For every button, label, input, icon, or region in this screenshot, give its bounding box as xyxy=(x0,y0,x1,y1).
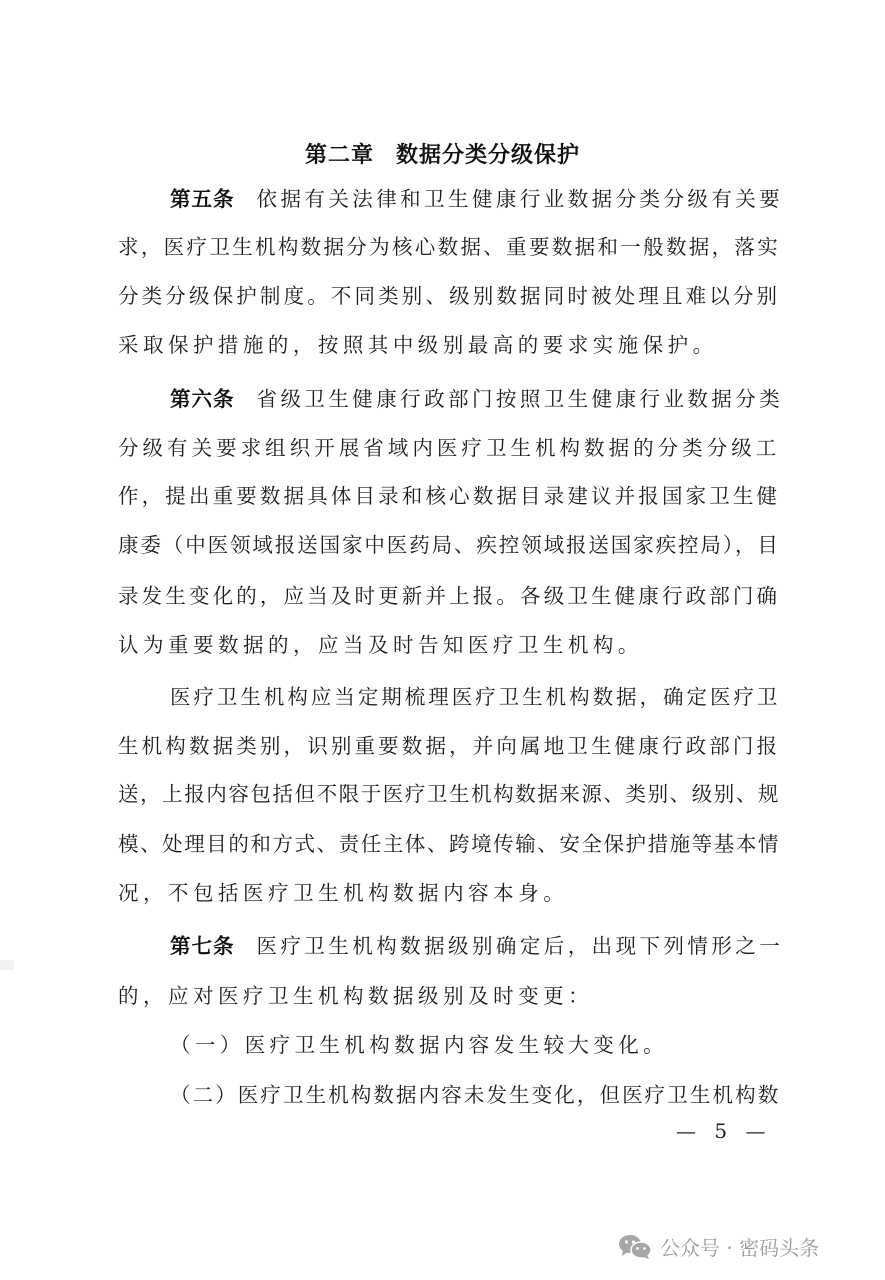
line-text: 的，应对医疗卫生机构数据级别及时变更： xyxy=(118,984,593,1008)
line-text: 模、处理目的和方式、责任主体、跨境传输、安全保护措施等基本情 xyxy=(118,832,780,856)
document-page: 第二章数据分类分级保护 第五条依据有关法律和卫生健康行业数据分类分级有关要求，医… xyxy=(0,0,885,1280)
body-text-line: 康委（中医领域报送国家中医药局、疾控领域报送国家疾控局），目 xyxy=(118,530,778,560)
body-text-line: 送，上报内容包括但不限于医疗卫生机构数据来源、类别、级别、规 xyxy=(118,779,778,809)
body-text-line: 医疗卫生机构应当定期梳理医疗卫生机构数据，确定医疗卫 xyxy=(170,682,780,712)
line-text: 况，不包括医疗卫生机构数据内容本身。 xyxy=(118,881,568,905)
body-text-line: 的，应对医疗卫生机构数据级别及时变更： xyxy=(118,981,778,1011)
watermark: 公众号 · 密码头条 xyxy=(618,1232,819,1261)
line-text: 生机构数据类别，识别重要数据，并向属地卫生健康行政部门报 xyxy=(118,734,780,758)
article-number: 第五条 xyxy=(170,187,235,211)
wechat-icon xyxy=(618,1234,652,1260)
body-text-line: 况，不包括医疗卫生机构数据内容本身。 xyxy=(118,878,778,908)
body-text-line: 录发生变化的，应当及时更新并上报。各级卫生健康行政部门确 xyxy=(118,581,778,611)
line-text: 分级有关要求组织开展省域内医疗卫生机构数据的分类分级工 xyxy=(118,436,780,460)
line-text: 省级卫生健康行政部门按照卫生健康行业数据分类 xyxy=(257,387,784,411)
article-first-line: 第六条省级卫生健康行政部门按照卫生健康行业数据分类 xyxy=(170,384,780,414)
line-text: （一）医疗卫生机构数据内容发生较大变化。 xyxy=(170,1033,668,1057)
article-first-line: 第七条医疗卫生机构数据级别确定后，出现下列情形之一 xyxy=(170,931,780,961)
chapter-number: 第二章 xyxy=(305,143,374,168)
body-text-line: 生机构数据类别，识别重要数据，并向属地卫生健康行政部门报 xyxy=(118,731,778,761)
article-first-line: 第五条依据有关法律和卫生健康行业数据分类分级有关要 xyxy=(170,184,780,214)
body-text-line: 分级有关要求组织开展省域内医疗卫生机构数据的分类分级工 xyxy=(118,433,778,463)
body-text-line: 分类分级保护制度。不同类别、级别数据同时被处理且难以分别 xyxy=(118,281,778,311)
line-text: 依据有关法律和卫生健康行业数据分类分级有关要 xyxy=(257,187,784,211)
article-number: 第六条 xyxy=(170,387,235,411)
watermark-text: 公众号 · 密码头条 xyxy=(660,1232,819,1261)
chapter-title: 第二章数据分类分级保护 xyxy=(0,138,885,169)
line-text: 求，医疗卫生机构数据分为核心数据、重要数据和一般数据，落实 xyxy=(118,235,780,259)
line-text: 作，提出重要数据具体目录和核心数据目录建议并报国家卫生健 xyxy=(118,484,780,508)
line-text: 采取保护措施的，按照其中级别最高的要求实施保护。 xyxy=(118,333,718,357)
scan-edge-mark xyxy=(0,960,14,970)
line-text: 医疗卫生机构应当定期梳理医疗卫生机构数据，确定医疗卫 xyxy=(170,685,780,709)
line-text: 医疗卫生机构数据级别确定后，出现下列情形之一 xyxy=(257,934,784,958)
body-text-line: 模、处理目的和方式、责任主体、跨境传输、安全保护措施等基本情 xyxy=(118,829,778,859)
body-text-line: （二）医疗卫生机构数据内容未发生变化，但医疗卫生机构数 xyxy=(170,1080,780,1110)
body-text-line: 认为重要数据的，应当及时告知医疗卫生机构。 xyxy=(118,630,778,660)
line-text: 康委（中医领域报送国家中医药局、疾控领域报送国家疾控局），目 xyxy=(118,533,780,557)
body-text-line: （一）医疗卫生机构数据内容发生较大变化。 xyxy=(170,1030,780,1060)
line-text: 录发生变化的，应当及时更新并上报。各级卫生健康行政部门确 xyxy=(118,584,780,608)
article-number: 第七条 xyxy=(170,934,235,958)
body-text-line: 作，提出重要数据具体目录和核心数据目录建议并报国家卫生健 xyxy=(118,481,778,511)
line-text: （二）医疗卫生机构数据内容未发生变化，但医疗卫生机构数 xyxy=(170,1083,780,1107)
line-text: 分类分级保护制度。不同类别、级别数据同时被处理且难以分别 xyxy=(118,284,780,308)
chapter-name: 数据分类分级保护 xyxy=(396,143,580,168)
page-number: — 5 — xyxy=(676,1119,771,1143)
line-text: 送，上报内容包括但不限于医疗卫生机构数据来源、类别、级别、规 xyxy=(118,782,780,806)
line-text: 认为重要数据的，应当及时告知医疗卫生机构。 xyxy=(118,633,643,657)
body-text-line: 采取保护措施的，按照其中级别最高的要求实施保护。 xyxy=(118,330,778,360)
body-text-line: 求，医疗卫生机构数据分为核心数据、重要数据和一般数据，落实 xyxy=(118,232,778,262)
